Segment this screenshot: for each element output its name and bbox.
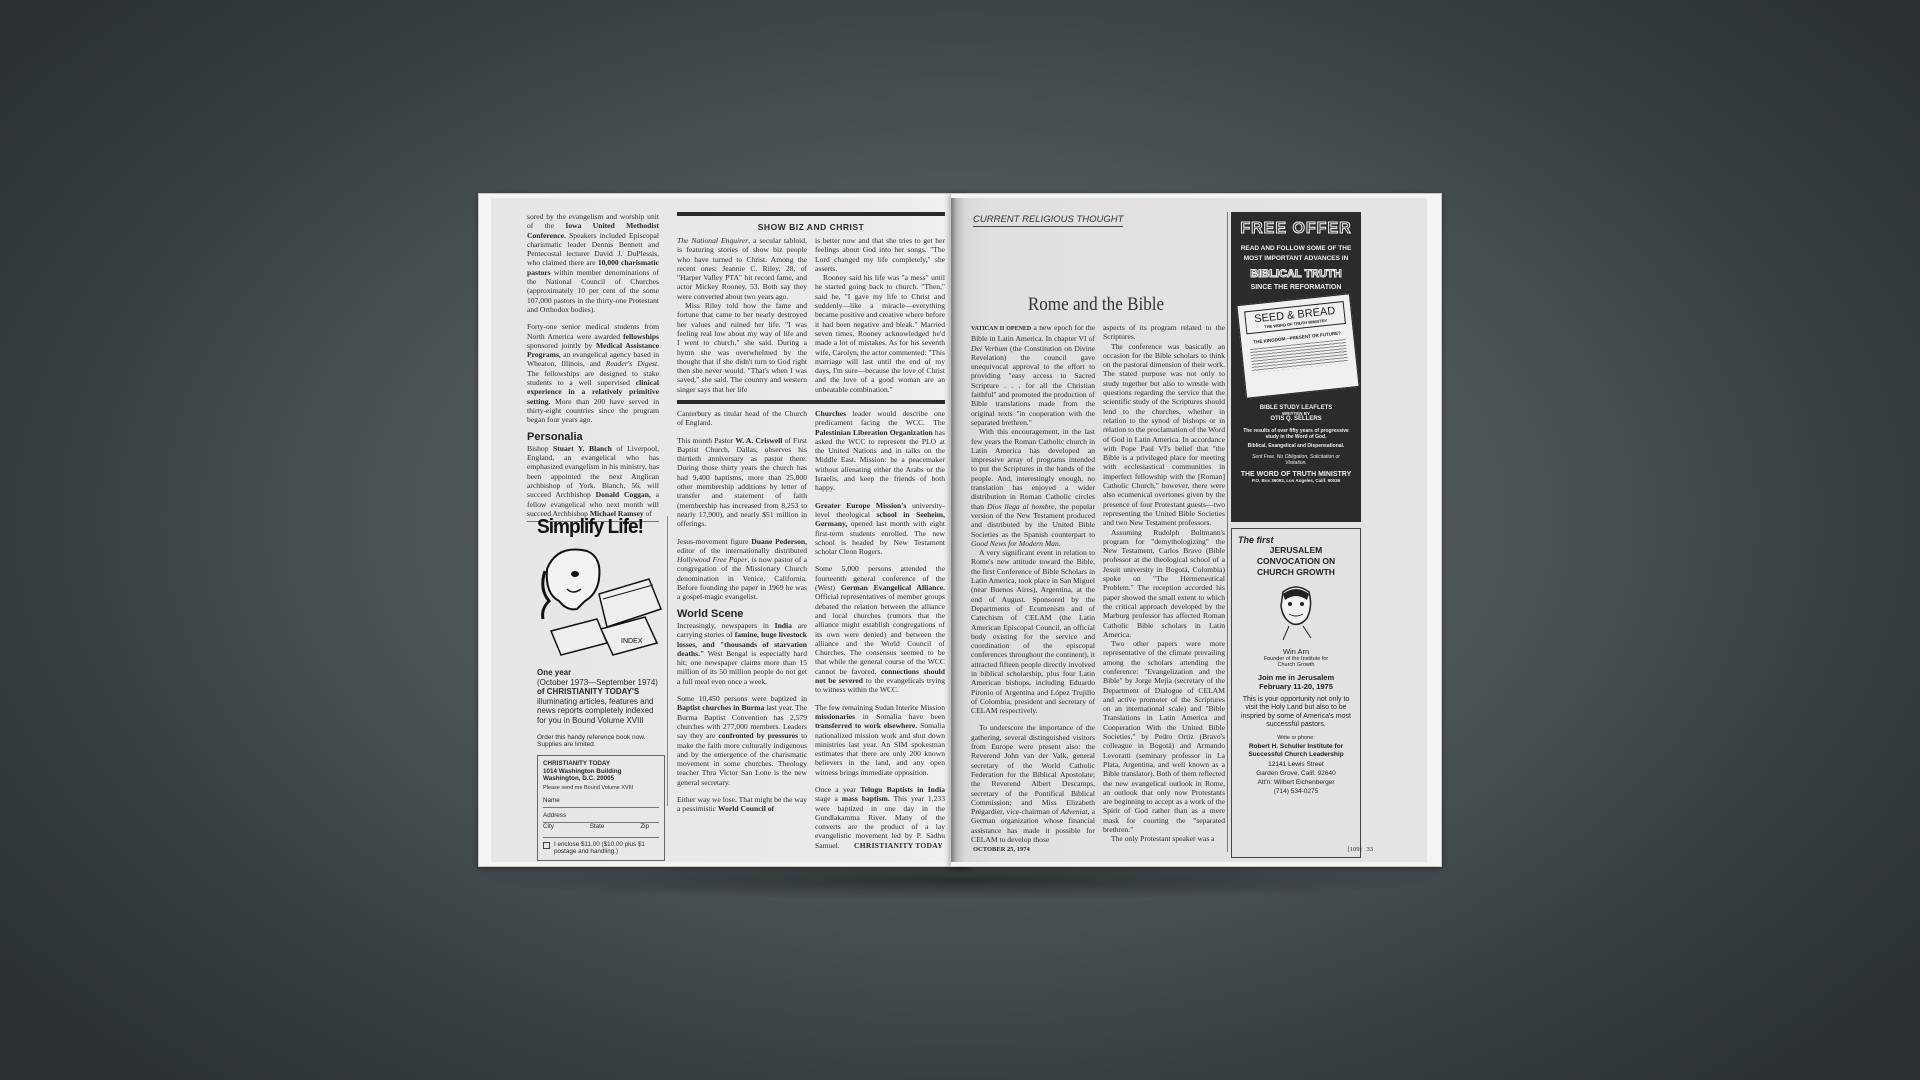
coupon-address: CHRISTIANITY TODAY 1014 Washington Build… [543, 760, 659, 782]
heading-world-scene: World Scene [677, 610, 807, 619]
ad-jeru-body: This is your opportunity not only to vis… [1236, 696, 1356, 730]
column-rule [1227, 212, 1228, 852]
order-coupon: CHRISTIANITY TODAY 1014 Washington Build… [537, 755, 665, 860]
section-label: CURRENT RELIGIOUS THOUGHT [973, 214, 1123, 227]
sidebar-bottom-rule [677, 400, 945, 404]
ad-free-author: OTIS Q. SELLERS [1231, 416, 1361, 422]
left-footer-masthead: CHRISTIANITY TODAY [854, 841, 943, 850]
ad-free-address: P.O. Box 36093, Los Angeles, Calif. 9003… [1231, 478, 1361, 483]
leaflet-illustration: SEED & BREAD THE WORD OF TRUTH MINISTRY … [1236, 293, 1359, 398]
ad-jeru-street: 12141 Lewis Street [1232, 761, 1360, 768]
paragraph-blanch: Bishop Stuart Y. Blanch of Liverpool, En… [527, 444, 659, 522]
enclose-row: I enclose $11.00 ($10.00 plus $1 postage… [543, 841, 659, 856]
ad-jeru-name: Win Arn [1232, 647, 1360, 656]
ad-free-headline: FREE OFFER [1231, 220, 1361, 238]
ad-jeru-the-first: The first [1238, 535, 1360, 545]
ad-order: Order this handy reference book now. Sup… [537, 734, 665, 750]
ad-divider [667, 516, 668, 806]
ad-free-biblical: BIBLICAL TRUTH [1231, 268, 1361, 280]
footer-page-number: [109] 33 [1348, 846, 1373, 853]
heading-personalia: Personalia [527, 433, 659, 442]
ad-jeru-attn: Att'n: Wilbert Eichenberger [1232, 779, 1360, 786]
name-field[interactable]: Name [543, 793, 659, 808]
coupon-please: Please send me Bound Volume XVIII [543, 785, 659, 792]
address-field[interactable]: Address [543, 808, 659, 823]
sidebar-top-rule [677, 212, 945, 216]
left-col-1: sored by the evangelism and worship unit… [527, 212, 659, 530]
right-col-2: aspects of its program related to the Sc… [1103, 323, 1225, 844]
ad-jeru-org: Robert H. Schuller Institute for Success… [1236, 743, 1356, 759]
ad-free-line1: READ AND FOLLOW SOME OF THE MOST IMPORTA… [1237, 244, 1355, 264]
ad-of-ct: of CHRISTIANITY TODAY'S [537, 687, 665, 697]
ad-headline: Simplify Life! [537, 516, 659, 539]
left-page-stack: sored by the evangelism and worship unit… [478, 193, 970, 867]
ad-free-kind: Biblical, Exangelical and Dispensational… [1231, 443, 1361, 449]
sidebar-col-1: The National Enquirer, a secular tabloid… [677, 236, 807, 394]
right-page: CURRENT RELIGIOUS THOUGHT Rome and the B… [951, 198, 1427, 862]
ad-one-year: One year [537, 668, 665, 678]
ad-jerusalem-convocation: The first JERUSALEM CONVOCATION ON CHURC… [1231, 528, 1361, 858]
ad-simplify-life: Simplify Life! INDEX One year (October 1… [537, 516, 665, 846]
left-col-3: Churches leader would describe one predi… [815, 409, 945, 858]
left-page: sored by the evangelism and worship unit… [491, 198, 969, 862]
ad-jeru-write: Write or phone: [1232, 735, 1360, 741]
left-col-2: Canterbury as titular head of the Church… [677, 409, 807, 822]
enclose-checkbox[interactable] [543, 842, 550, 849]
enclose-text: I enclose $11.00 ($10.00 plus $1 postage… [554, 841, 659, 856]
magazine-spread: sored by the evangelism and worship unit… [478, 193, 1442, 867]
sidebar-show-biz: SHOW BIZ AND CHRIST The National Enquire… [677, 212, 945, 404]
paragraph-methodist: sored by the evangelism and worship unit… [527, 212, 659, 314]
ad-jeru-title: JERUSALEM CONVOCATION ON CHURCH GROWTH [1244, 545, 1348, 578]
ad-jeru-role: Founder of the Institute for Church Grow… [1256, 656, 1336, 668]
ad-free-ministry: THE WORD OF TRUTH MINISTRY [1231, 471, 1361, 478]
city-state-zip-field[interactable]: City State Zip [543, 823, 659, 838]
cartoon-reader-illustration: INDEX [537, 539, 665, 659]
paragraph-medical: Forty-one senior medical students from N… [527, 322, 659, 424]
ad-free-results: The results of over fifty years of progr… [1237, 428, 1355, 440]
win-arn-portrait [1271, 582, 1321, 642]
ad-jeru-join: Join me in Jerusalem [1232, 673, 1360, 682]
ad-jeru-city: Garden Grove, Calif. 92640 [1232, 770, 1360, 777]
sidebar-title: SHOW BIZ AND CHRIST [677, 222, 945, 232]
ad-dates: (October 1973—September 1974) [537, 678, 665, 688]
sidebar-col-2: is better now and that she tries to get … [815, 236, 945, 394]
ad-jeru-dates: February 11-20, 1975 [1232, 682, 1360, 691]
right-col-1: VATICAN II OPENED a new epoch for the Bi… [971, 323, 1095, 844]
ad-free-sent: Sent Free. No Obligation, Solicitation o… [1245, 454, 1347, 466]
right-page-stack: CURRENT RELIGIOUS THOUGHT Rome and the B… [950, 193, 1442, 867]
footer-date: OCTOBER 25, 1974 [973, 846, 1030, 853]
ad-jeru-phone: (714) 534-0275 [1232, 788, 1360, 795]
article-title: Rome and the Bible [984, 294, 1209, 316]
ad-body: illuminating articles, features and news… [537, 697, 665, 726]
ad-free-offer: FREE OFFER READ AND FOLLOW SOME OF THE M… [1231, 212, 1361, 522]
ad-free-line2: SINCE THE REFORMATION [1231, 284, 1361, 291]
svg-text:INDEX: INDEX [621, 638, 643, 645]
